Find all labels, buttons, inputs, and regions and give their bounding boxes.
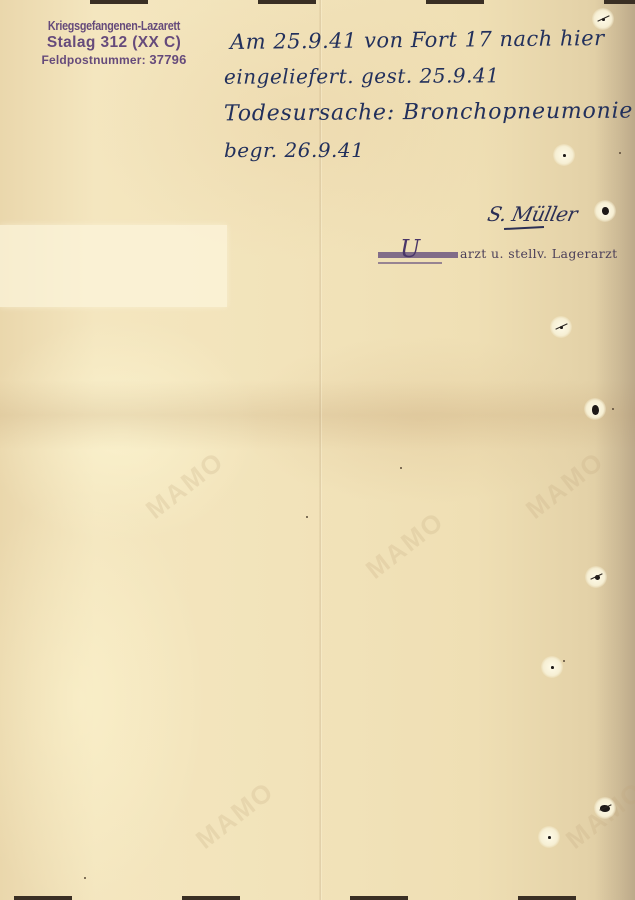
stamp-fieldpost-label: Feldpostnummer: — [41, 53, 145, 67]
paper-stain-band — [0, 380, 635, 450]
handwritten-line-buried: begr. 26.9.41 — [224, 138, 364, 162]
watermark: MAMO — [140, 445, 230, 525]
paper-edge-shadow — [595, 0, 635, 900]
punch-hole — [553, 144, 575, 166]
punch-hole — [584, 398, 606, 420]
punch-hole — [594, 200, 616, 222]
scanner-mark — [426, 0, 484, 4]
pale-patch — [0, 225, 227, 307]
stamp-hospital-name: Kriegsgefangenen-Lazarett — [37, 19, 192, 33]
struck-out-prefix: U — [378, 247, 458, 261]
punch-hole — [538, 826, 560, 848]
punch-hole — [592, 8, 614, 30]
speck — [563, 660, 565, 662]
speck — [619, 152, 621, 154]
stamp-camp-name: Stalag 312 (XX C) — [24, 34, 204, 52]
watermark: MAMO — [360, 505, 450, 585]
fold-line — [319, 0, 322, 900]
stamp-fieldpost-number: 37796 — [149, 52, 186, 67]
speck — [84, 877, 86, 879]
scanner-mark — [14, 896, 72, 900]
scanner-mark — [90, 0, 148, 4]
stamp-fieldpost: Feldpostnummer: 37796 — [24, 52, 204, 67]
scanner-mark — [182, 896, 240, 900]
speck — [612, 408, 614, 410]
scanner-mark — [604, 0, 635, 4]
scanner-mark — [258, 0, 316, 4]
scanner-mark — [350, 896, 408, 900]
signatory-title: U arzt u. stellv. Lagerarzt — [378, 246, 618, 261]
scanner-mark — [518, 896, 576, 900]
punch-hole — [585, 566, 607, 588]
handwritten-line-cause-of-death: Todesursache: Bronchopneumonie — [224, 99, 633, 127]
punch-hole — [550, 316, 572, 338]
signatory-title-text: arzt u. stellv. Lagerarzt — [460, 246, 618, 261]
handwritten-line-died: eingeliefert. gest. 25.9.41 — [224, 63, 500, 88]
document-page: MAMO MAMO MAMO MAMO MAMO Kriegsgefangene… — [0, 0, 635, 900]
hospital-stamp: Kriegsgefangenen-Lazarett Stalag 312 (XX… — [24, 19, 204, 67]
speck — [306, 516, 308, 518]
signature-underline — [504, 226, 544, 230]
speck — [400, 467, 402, 469]
punch-hole — [541, 656, 563, 678]
handwritten-line-admission: Am 25.9.41 von Fort 17 nach hier — [230, 26, 605, 54]
punch-hole — [594, 797, 616, 819]
watermark: MAMO — [190, 775, 280, 855]
signature: S. Müller — [485, 202, 579, 226]
